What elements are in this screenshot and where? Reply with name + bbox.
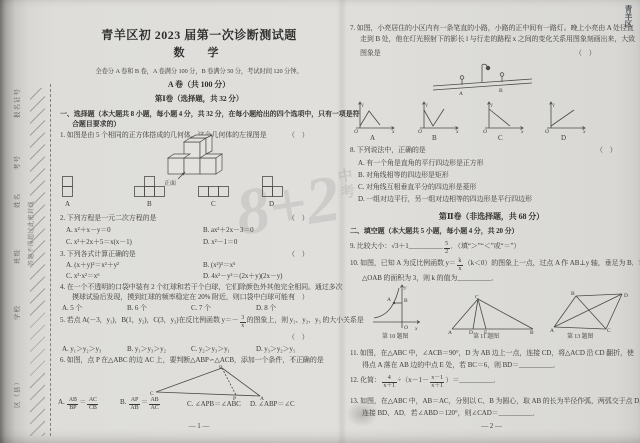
q4-option-c: C. 7 个 <box>191 304 211 313</box>
answer-bracket: （ ） <box>288 356 309 365</box>
fig13-label-c: C <box>607 328 611 334</box>
q3-option-b: B. (x²)³＝x⁵ <box>203 261 235 270</box>
question-13-line1: 13. 如图，在△ABC 中，AB＝AC，分别以 C、B 为圆心，取 AB 的长… <box>350 397 640 406</box>
q5-option-d: D. y₃＞y₂＞y₁ <box>256 345 295 354</box>
seal-label-school: 学校 <box>12 305 21 320</box>
q8-option-a: A. 有一个角是直角的平行四边形是正方形 <box>358 159 484 168</box>
question-7-line2: 走到 B 处，他在灯光照射下的影长 l 与行走的路程 x 之间的变化关系用图象刻… <box>360 35 635 44</box>
question-7-line1: 7. 如图，小亮居住的小区内有一条笔直的小路，小路的正中间有一路灯。晚上小亮由 … <box>350 24 634 33</box>
seal-label-name: 姓名 <box>12 193 21 208</box>
part2-heading: 第Ⅱ卷（非选择题，共 68 分） <box>348 212 635 222</box>
question-8-text: 8. 下列说法中，正确的是 <box>350 146 426 155</box>
fraction: ABAC <box>149 397 160 411</box>
fraction: kx <box>457 258 463 272</box>
fraction: ACCB <box>87 397 98 411</box>
q3-option-d: D. 4x²－y²＝(2x＋y)(2x－y) <box>203 272 282 281</box>
fig10-label-y: y <box>403 285 407 291</box>
question-4-line2: 摸球试验后发现，摸到红球的频率稳定在 20% 附近，则口袋中白球可能有 <box>72 293 295 302</box>
lamp-label-a: A <box>459 91 463 97</box>
scanned-exam-sheet: 8+2中考 青羊区 报名证号 考号 姓名 班级 学校 区（县） 答题不得超过此密… <box>0 0 640 443</box>
exam-title: 青羊区初 2023 届第一次诊断测试题 <box>58 28 340 43</box>
answer-bracket: （ ） <box>596 146 617 155</box>
front-view-label: 正面 <box>164 179 176 187</box>
q1-option-c-label: C <box>211 200 216 209</box>
axis-v-label: l <box>491 103 493 109</box>
figure-caption-13: 第 13 题图 <box>567 334 593 342</box>
graph-option-a: l O x <box>352 99 398 133</box>
question-5-text: 5. 若点 A(－3，y₁)，B(1，y₂)，C(3，y₃)在反比例函数 y＝－… <box>60 315 364 329</box>
fig10-label-b: B <box>404 298 408 304</box>
answer-bracket: （ ） <box>288 293 309 302</box>
question-12-text: 12. 化简：4x＋1÷（x－1－x－1x＋1）＝__________． <box>350 375 500 389</box>
fig10-label-x: x <box>414 326 418 332</box>
exam-notice: 全卷分 A 卷和 B 卷，A 卷满分 100 分，B 卷满分 50 分，考试时间… <box>58 68 340 76</box>
q7-option-b-label: B <box>432 134 437 143</box>
fig13-label-b: B <box>571 291 575 297</box>
q6-label-b: B <box>219 365 223 371</box>
seal-label-exam-no: 报名证号 <box>12 88 21 118</box>
question-11-line1: 11. 如图，在△ABC 中，∠ACB＝90°，D 为 AB 边上一点，连接 C… <box>350 349 634 358</box>
question-13-line2: 连接 BD、AD．若∠ABD＝120°，则∠CAD＝__________． <box>362 409 539 418</box>
section1-line2: 合题目要求的） <box>72 120 120 129</box>
fig11-label-b: B <box>530 330 534 336</box>
q4-option-d: D. 8 个 <box>256 304 276 313</box>
q8-option-b: B. 对角线相等的四边形是矩形 <box>358 171 449 180</box>
axis-v-label: l <box>426 103 428 109</box>
fig11-label-a: A <box>448 330 452 336</box>
q4-option-b: B. 6 个 <box>127 304 147 313</box>
q6-option-c: C. ∠APB＝∠ABC <box>187 400 241 409</box>
q6-option-a: A. ABBP＝ACCB <box>58 397 99 411</box>
q8-option-c: C. 对角线互相垂直平分的四边形是菱形 <box>358 183 476 192</box>
axis-v-label: l <box>553 103 555 109</box>
view-option-d-figure <box>262 176 283 197</box>
q5-option-b: B. y₁＞y₃＞y₂ <box>127 345 166 354</box>
axis-origin-label: O <box>354 129 358 135</box>
question-2-text: 2. 下列方程是一元二次方程的是 <box>60 214 156 223</box>
q1-option-b-label: B <box>147 200 152 209</box>
answer-bracket: （ ） <box>575 49 596 58</box>
fraction: 52 <box>444 241 450 255</box>
section1-line1: 一、选择题（本大题共 8 小题，每小题 4 分，共 32 分，在每小题给出的四个… <box>60 110 360 119</box>
q10-hyperbola-figure: y A B O x <box>370 282 422 332</box>
q6-triangle-figure: B C A P <box>150 364 265 400</box>
axis-origin-label: O <box>418 129 422 135</box>
axis-h-label: x <box>455 129 459 135</box>
question-3-text: 3. 下列各式计算正确的是 <box>60 250 136 259</box>
cubes-3d-figure: 正面 <box>148 134 252 182</box>
q7-option-c-label: C <box>498 134 503 143</box>
seal-phrase: 答题不得超过此密封线 <box>26 201 35 266</box>
axis-h-label: x <box>391 129 395 135</box>
question-11-line2: 得点 A 落在 AB 边的中点 E 处，若 BC＝6，则 BD＝________… <box>362 361 560 370</box>
figure-caption-11: 第 11 题图 <box>473 334 499 342</box>
q5-option-a: A. y₁＞y₂＞y₃ <box>62 345 101 354</box>
q2-option-a: A. x²＋x－y＝0 <box>66 226 111 235</box>
q2-option-d: D. x²－1＝0 <box>203 238 237 247</box>
axis-origin-label: O <box>545 129 549 135</box>
axis-h-label: x <box>582 129 586 135</box>
q6-option-d: D. ∠ABP＝∠C <box>250 400 295 409</box>
figure-caption-10: 第 10 题图 <box>382 334 408 342</box>
seal-label-district: 区（县） <box>12 378 21 408</box>
question-9-text: 9. 比较大小：√3＋1__________52．（填“＞”“＜”或“＝”） <box>350 241 520 255</box>
view-option-b-figure <box>134 176 165 197</box>
fraction: APAB <box>129 397 140 411</box>
q1-option-d-label: D <box>269 200 274 209</box>
fraction: x－1x＋1 <box>430 375 445 389</box>
q4-option-a: A. 5 个 <box>62 304 82 313</box>
q13-construction-figure: B D A C <box>550 288 634 332</box>
q5-option-c: C. y₂＞y₃＞y₁ <box>191 345 230 354</box>
view-option-c-figure <box>198 186 229 197</box>
answer-bracket: （ ） <box>288 214 309 223</box>
q7-option-a-label: A <box>370 134 375 143</box>
fig10-label-o: O <box>404 325 408 331</box>
fraction: 3x <box>240 315 246 329</box>
fig13-label-a: A <box>550 328 554 334</box>
graph-option-c: l O x <box>481 99 527 133</box>
lamp-label-b: B <box>499 88 503 94</box>
axis-h-label: x <box>520 129 524 135</box>
q11-triangle-figure: C A D E B <box>448 294 536 334</box>
street-lamp-figure: A B <box>430 60 535 96</box>
q1-option-a-label: A <box>65 200 70 209</box>
graph-option-b: l O x <box>416 99 462 133</box>
q8-option-d: D. 一组对边平行，另一组对边相等的四边形是平行四边形 <box>358 195 532 204</box>
graph-option-d: l O x <box>543 99 589 133</box>
part1-heading: 第Ⅰ卷（选择题，共 32 分） <box>58 94 340 103</box>
q3-option-a: A. (x＋y)²＝x²＋y² <box>66 261 119 270</box>
view-option-a-figure <box>62 176 73 197</box>
q2-option-c: C. x²＋2x＋5＝x(x－1) <box>66 238 132 247</box>
seal-dashed-line <box>50 84 51 436</box>
q6-option-b: B. APAB＝ABAC <box>120 397 161 411</box>
seal-label-class: 班级 <box>12 249 21 264</box>
axis-origin-label: O <box>483 129 487 135</box>
answer-bracket: （ ） <box>288 131 309 140</box>
question-10-line1: 10. 如图，已知 A 为反比例函数 y＝kx（k＜0）的图象上一点，过点 A … <box>350 258 640 272</box>
question-7-line3: 图象是 <box>360 49 381 58</box>
fraction: 4x＋1 <box>382 375 397 389</box>
answer-bracket: （ ） <box>288 250 309 259</box>
page-fold-shadow <box>337 0 347 443</box>
fig11-label-c: C <box>475 295 479 301</box>
answer-bracket: （ ） <box>288 333 309 342</box>
q7-option-d-label: D <box>561 134 566 143</box>
volume-a-heading: A 卷（共 100 分） <box>58 80 340 90</box>
exam-subject: 数 学 <box>58 47 340 61</box>
page2-number: — 2 — <box>348 422 635 431</box>
q3-option-c: C. x³·x²＝x⁶ <box>66 272 100 281</box>
fig10-label-a: A <box>387 297 391 303</box>
page1-number: — 1 — <box>58 422 340 431</box>
section2-heading: 二、填空题（本大题共 5 小题，每小题 4 分，共 20 分） <box>350 227 518 236</box>
axis-v-label: l <box>362 103 364 109</box>
question-4-line1: 4. 在一个不透明的口袋中装有 2 个红球和若干个白球，它们除颜色外其他完全相同… <box>60 283 343 292</box>
fraction: ABBP <box>67 397 78 411</box>
q2-option-b: B. ax²＋2x－3＝0 <box>203 226 254 235</box>
seal-label-candidate-no: 考号 <box>12 155 21 170</box>
fig13-label-d: D <box>624 293 628 299</box>
